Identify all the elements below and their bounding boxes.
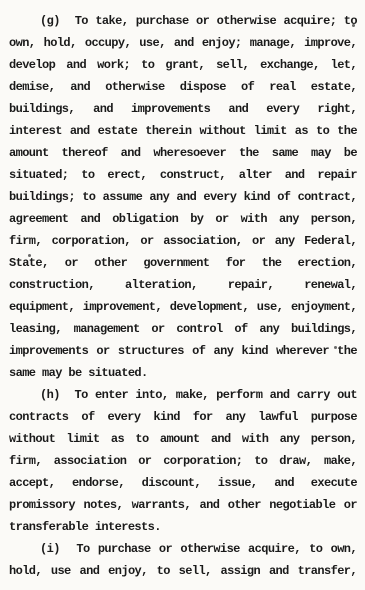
paragraph: (i) To purchase or otherwise acquire, to… [9, 538, 357, 582]
text-line: amount thereof and wheresoever the same … [9, 142, 357, 164]
text-line: leasing, management or control of any bu… [9, 318, 357, 340]
document-page: (g) To take, purchase or otherwise acqui… [0, 0, 365, 590]
paragraph: (g) To take, purchase or otherwise acqui… [9, 10, 357, 384]
text-line: equipment, improvement, development, use… [9, 296, 357, 318]
text-line: accept, endorse, discount, issue, and ex… [9, 472, 357, 494]
paragraph: (h) To enter into, make, perform and car… [9, 384, 357, 538]
text-line: buildings, and improvements and every ri… [9, 98, 357, 120]
text-line: construction, alteration, repair, renewa… [9, 274, 357, 296]
text-line: interest and estate therein without limi… [9, 120, 357, 142]
scan-speck [28, 254, 31, 257]
text-line: buildings; to assume any and every kind … [9, 186, 357, 208]
text-line: transferable interests. [9, 516, 357, 538]
text-line: firm, association or corporation; to dra… [9, 450, 357, 472]
text-line: hold, use and enjoy, to sell, assign and… [9, 560, 357, 582]
text-line: contracts of every kind for any lawful p… [9, 406, 357, 428]
text-line: (h) To enter into, make, perform and car… [9, 384, 357, 406]
scan-speck [352, 24, 355, 27]
scan-speck [334, 346, 337, 349]
text-line: (g) To take, purchase or otherwise acqui… [9, 10, 357, 32]
text-line: own, hold, occupy, use, and enjoy; manag… [9, 32, 357, 54]
text-line: without limit as to amount and with any … [9, 428, 357, 450]
text-line: State, or other government for the erect… [9, 252, 357, 274]
text-line: demise, and otherwise dispose of real es… [9, 76, 357, 98]
text-line: firm, corporation, or association, or an… [9, 230, 357, 252]
text-line: develop and work; to grant, sell, exchan… [9, 54, 357, 76]
text-line: agreement and obligation by or with any … [9, 208, 357, 230]
text-line: situated; to erect, construct, alter and… [9, 164, 357, 186]
text-line: same may be situated. [9, 362, 357, 384]
text-line: improvements or structures of any kind w… [9, 340, 357, 362]
text-line: (i) To purchase or otherwise acquire, to… [9, 538, 357, 560]
text-line: promissory notes, warrants, and other ne… [9, 494, 357, 516]
